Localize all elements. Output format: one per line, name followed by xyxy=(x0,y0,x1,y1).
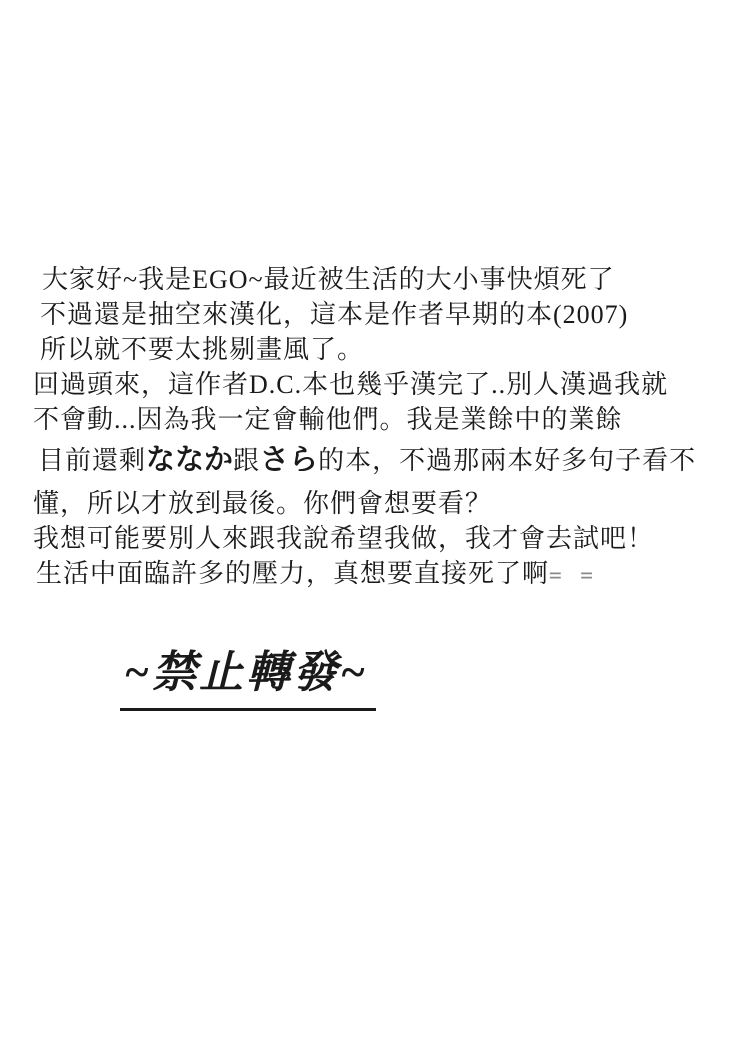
emphasized-name-text: ななか xyxy=(146,444,233,476)
no-repost-text: ~禁止轉發~ xyxy=(120,636,376,711)
note-line: 生活中面臨許多的壓力，真想要直接死了啊= = xyxy=(33,556,713,593)
note-text: 我想可能要別人來跟我說希望我做，我才會去試吧！ xyxy=(33,524,654,553)
note-text: 懂，所以才放到最後。你們會想要看？ xyxy=(33,489,492,518)
note-text: 回過頭來，這作者D.C.本也幾乎漢完了..別人漢過我就 xyxy=(33,370,668,399)
note-text: 不會動...因為我一定會輸他們。我是業餘中的業餘 xyxy=(33,405,623,434)
note-text: 目前還剩 xyxy=(38,446,146,475)
note-line: 懂，所以才放到最後。你們會想要看？ xyxy=(33,486,713,521)
note-line: 回過頭來，這作者D.C.本也幾乎漢完了..別人漢過我就 xyxy=(33,367,713,402)
translator-note-page: 大家好~我是EGO~最近被生活的大小事快煩死了不過還是抽空來漢化，這本是作者早期… xyxy=(0,0,735,1050)
note-line: 大家好~我是EGO~最近被生活的大小事快煩死了 xyxy=(33,262,713,297)
emoticon-text: = = xyxy=(549,563,596,587)
note-text: 的本，不過那兩本好多句子看不 xyxy=(318,446,696,475)
note-line: 目前還剩ななか跟さら的本，不過那兩本好多句子看不 xyxy=(33,443,713,478)
no-repost-notice: ~禁止轉發~ xyxy=(120,636,376,711)
note-line: 不會動...因為我一定會輸他們。我是業餘中的業餘 xyxy=(33,402,713,437)
note-line: 不過還是抽空來漢化，這本是作者早期的本(2007) xyxy=(33,297,713,332)
emphasized-name-text: さら xyxy=(260,444,318,476)
note-text-block: 大家好~我是EGO~最近被生活的大小事快煩死了不過還是抽空來漢化，這本是作者早期… xyxy=(33,262,713,593)
note-line: 所以就不要太挑剔畫風了。 xyxy=(33,332,713,367)
note-text: 不過還是抽空來漢化，這本是作者早期的本(2007) xyxy=(40,300,628,329)
note-text: 生活中面臨許多的壓力，真想要直接死了啊 xyxy=(36,559,549,588)
note-line: 我想可能要別人來跟我說希望我做，我才會去試吧！ xyxy=(33,521,713,556)
note-text: 所以就不要太挑剔畫風了。 xyxy=(40,335,364,364)
note-text: 跟 xyxy=(233,446,260,475)
note-text: 大家好~我是EGO~最近被生活的大小事快煩死了 xyxy=(42,265,615,294)
